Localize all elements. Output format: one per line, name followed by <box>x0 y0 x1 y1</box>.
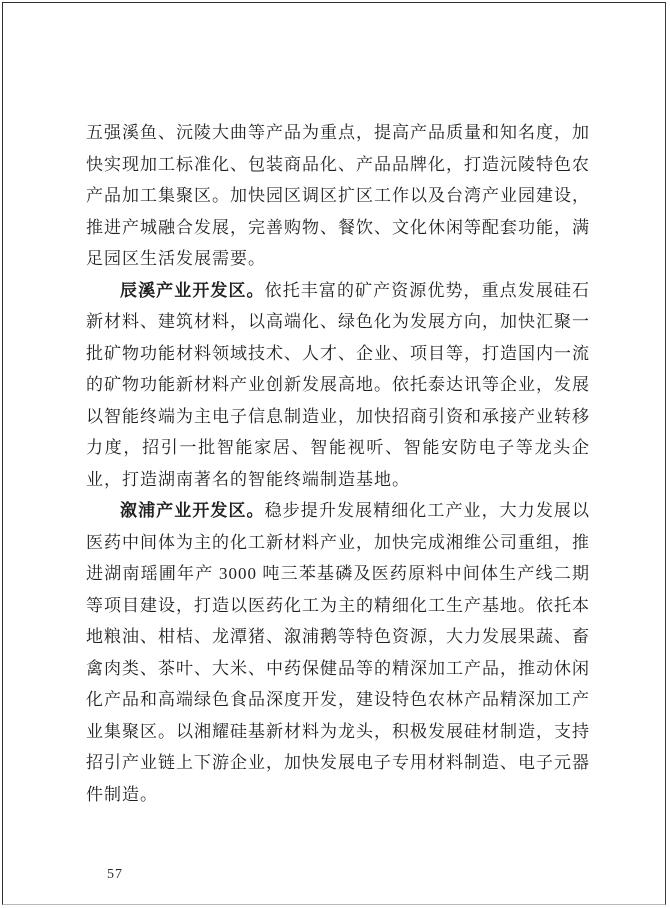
page-number: 57 <box>107 867 123 883</box>
paragraph-continuation-text: 五强溪鱼、沅陵大曲等产品为重点，提高产品质量和知名度，加快实现加工标准化、包装商… <box>86 123 590 268</box>
document-page: 五强溪鱼、沅陵大曲等产品为重点，提高产品质量和知名度，加快实现加工标准化、包装商… <box>2 2 666 905</box>
paragraph-xupu: 溆浦产业开发区。稳步提升发展精细化工产业，大力发展以医药中间体为主的化工新材料产… <box>86 495 590 810</box>
section-heading-xupu: 溆浦产业开发区。 <box>120 501 265 520</box>
paragraph-continuation: 五强溪鱼、沅陵大曲等产品为重点，提高产品质量和知名度，加快实现加工标准化、包装商… <box>86 117 590 275</box>
paragraph-chenxi: 辰溪产业开发区。依托丰富的矿产资源优势，重点发展硅石新材料、建筑材料，以高端化、… <box>86 275 590 496</box>
paragraph-xupu-text: 稳步提升发展精细化工产业，大力发展以医药中间体为主的化工新材料产业，加快完成湘维… <box>86 501 590 804</box>
paragraph-chenxi-text: 依托丰富的矿产资源优势，重点发展硅石新材料、建筑材料，以高端化、绿色化为发展方向… <box>86 281 590 489</box>
section-heading-chenxi: 辰溪产业开发区。 <box>120 281 265 300</box>
page-body-text: 五强溪鱼、沅陵大曲等产品为重点，提高产品质量和知名度，加快实现加工标准化、包装商… <box>86 117 590 810</box>
